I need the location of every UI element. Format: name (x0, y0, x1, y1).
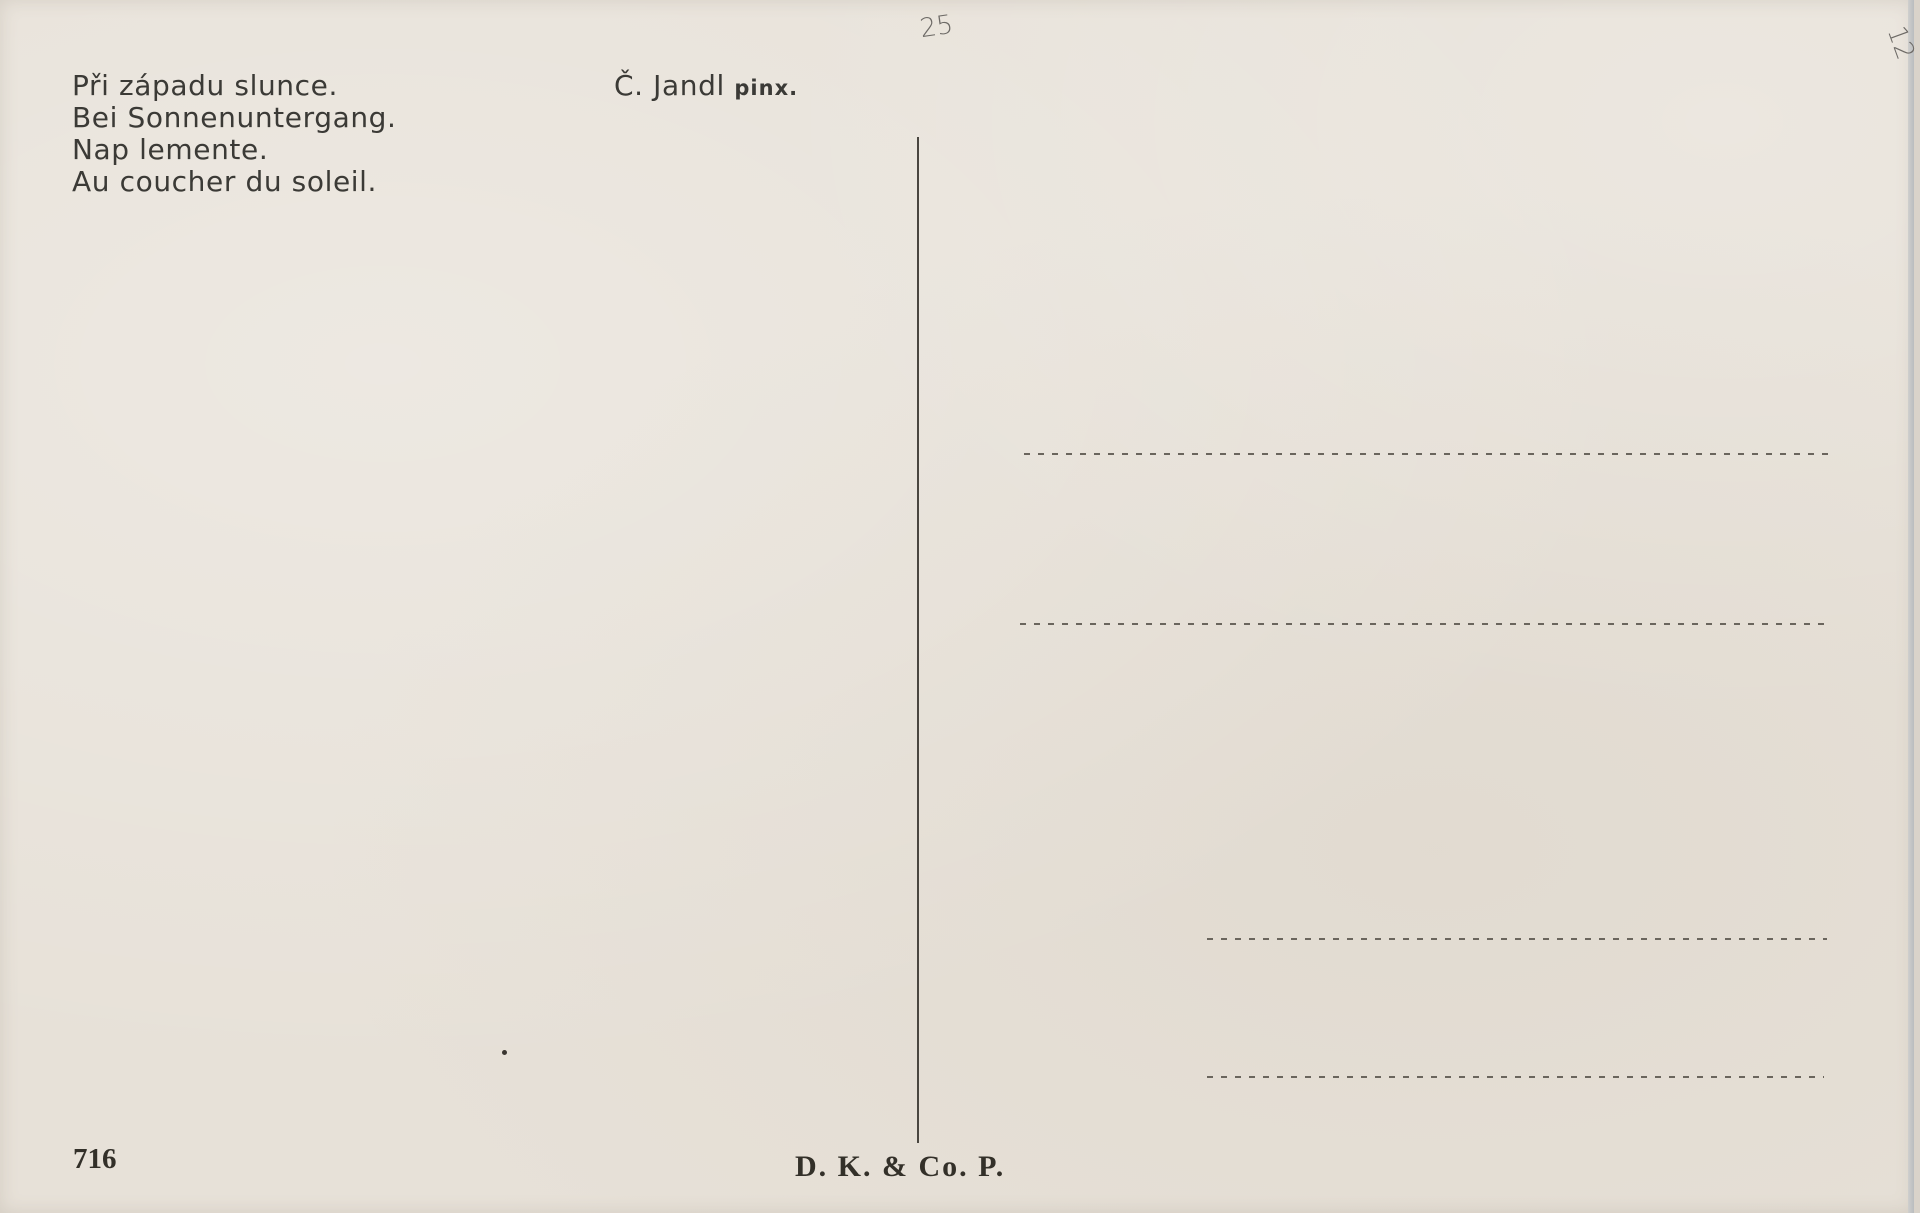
message-address-divider (917, 137, 919, 1143)
address-line-1 (1024, 453, 1832, 455)
handwritten-note-corner: 12 (1881, 22, 1920, 63)
address-line-2 (1020, 623, 1832, 625)
caption-czech: Při západu slunce. (72, 70, 397, 102)
caption-german: Bei Sonnenuntergang. (72, 102, 397, 134)
card-edge (1908, 0, 1914, 1213)
address-line-4 (1207, 1076, 1824, 1078)
serial-number: 716 (73, 1143, 117, 1176)
handwritten-note-top: 25 (918, 10, 955, 44)
ink-speck (502, 1050, 507, 1055)
artist-suffix: pinx. (734, 76, 798, 100)
artist-name: Č. Jandl (614, 69, 725, 102)
caption-hungarian: Nap lemente. (72, 134, 397, 166)
caption-french: Au coucher du soleil. (72, 166, 397, 198)
address-line-3 (1207, 938, 1827, 940)
artist-credit: Č. Jandl pinx. (614, 70, 798, 104)
publisher-imprint: D. K. & Co. P. (795, 1150, 1005, 1184)
caption-multilingual: Při západu slunce. Bei Sonnenuntergang. … (72, 70, 397, 198)
postcard-back: Při západu slunce. Bei Sonnenuntergang. … (0, 0, 1914, 1213)
